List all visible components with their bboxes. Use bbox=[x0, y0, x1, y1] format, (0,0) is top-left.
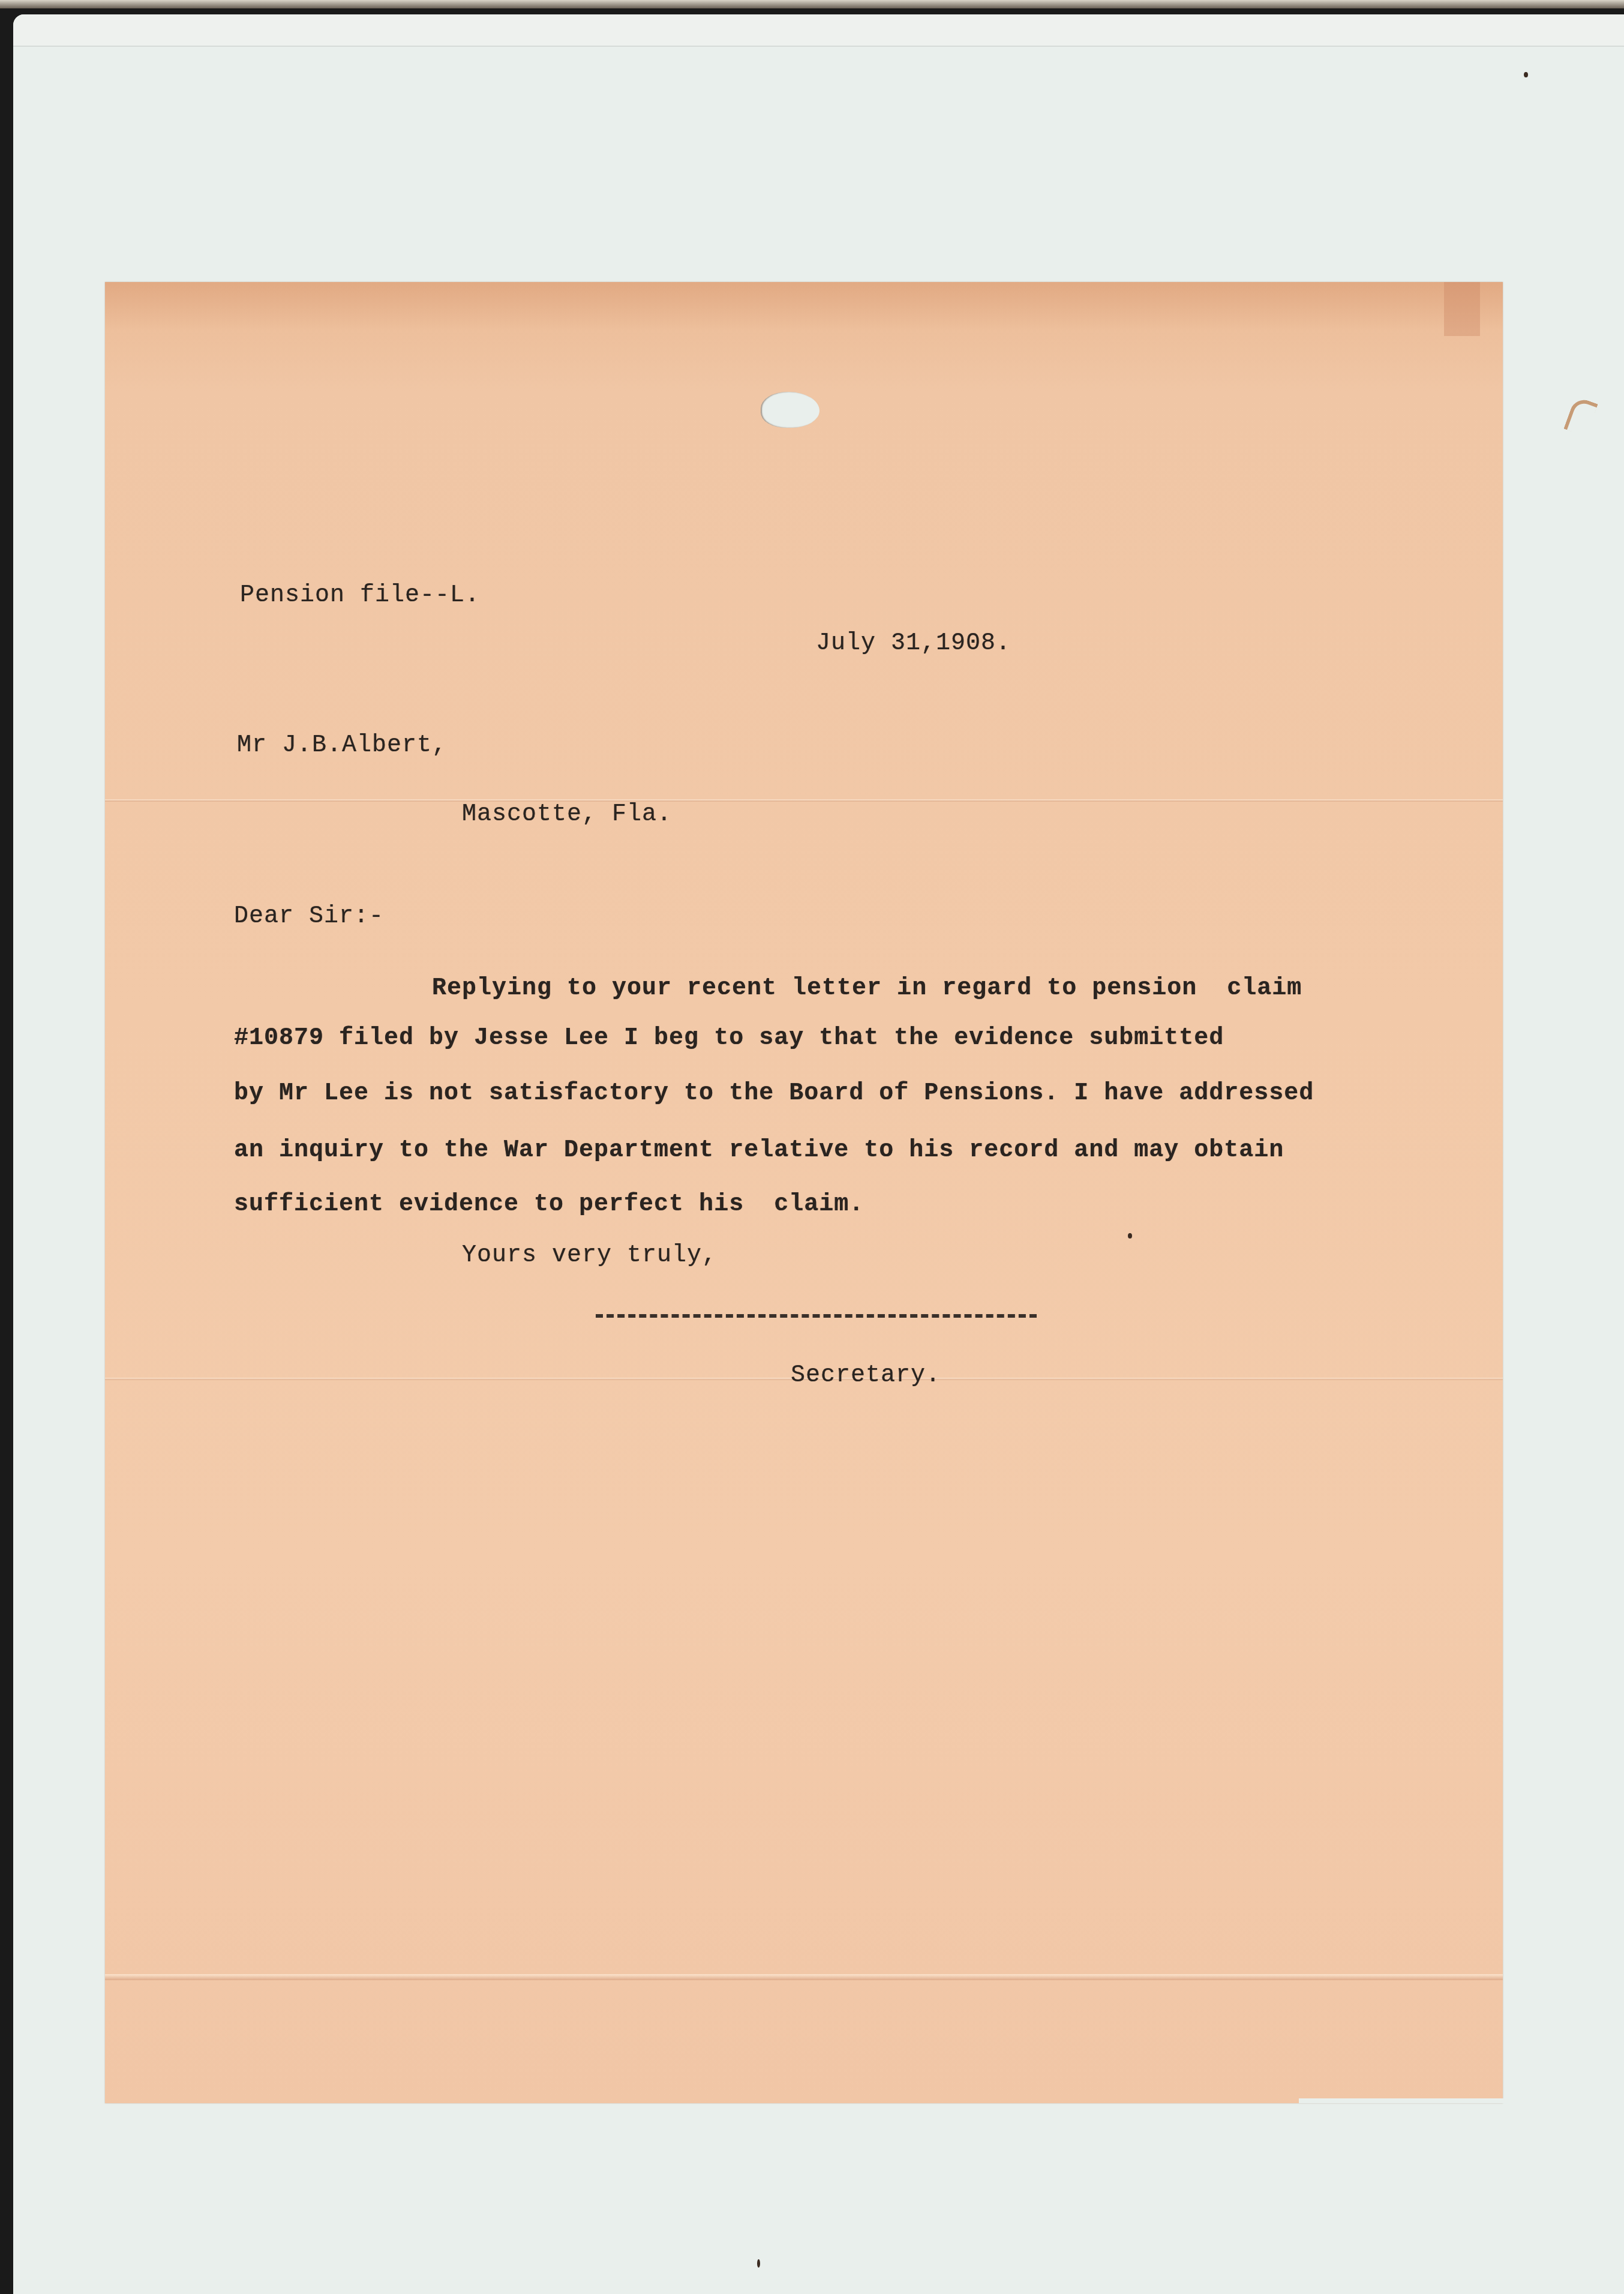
fold-crease bbox=[105, 799, 1503, 802]
paper-discoloration bbox=[105, 282, 1503, 330]
punch-hole bbox=[761, 392, 819, 428]
recipient-location: Mascotte, Fla. bbox=[462, 801, 672, 828]
signature-line bbox=[596, 1314, 1037, 1318]
body-line: #10879 filed by Jesse Lee I beg to say t… bbox=[234, 1025, 1224, 1052]
mounting-board-top-band bbox=[13, 14, 1624, 47]
letter-date: July 31,1908. bbox=[816, 630, 1011, 657]
debris-mark bbox=[757, 2259, 760, 2268]
debris-mark bbox=[1524, 72, 1528, 77]
recipient-name: Mr J.B.Albert, bbox=[237, 732, 447, 759]
closing: Yours very truly, bbox=[462, 1242, 717, 1269]
body-line: sufficient evidence to perfect his claim… bbox=[234, 1191, 864, 1218]
fold-crease bbox=[105, 1974, 1503, 1980]
paper-stain bbox=[1444, 282, 1480, 336]
signature-title: Secretary. bbox=[791, 1362, 941, 1389]
body-line: an inquiry to the War Department relativ… bbox=[234, 1137, 1284, 1164]
salutation: Dear Sir:- bbox=[234, 903, 384, 930]
ink-speck bbox=[1128, 1233, 1132, 1239]
torn-edge bbox=[1299, 2098, 1506, 2103]
file-reference: Pension file--L. bbox=[240, 582, 480, 609]
scanner-top-edge bbox=[0, 0, 1624, 8]
body-line: by Mr Lee is not satisfactory to the Boa… bbox=[234, 1080, 1314, 1107]
body-line: Replying to your recent letter in regard… bbox=[432, 975, 1302, 1002]
